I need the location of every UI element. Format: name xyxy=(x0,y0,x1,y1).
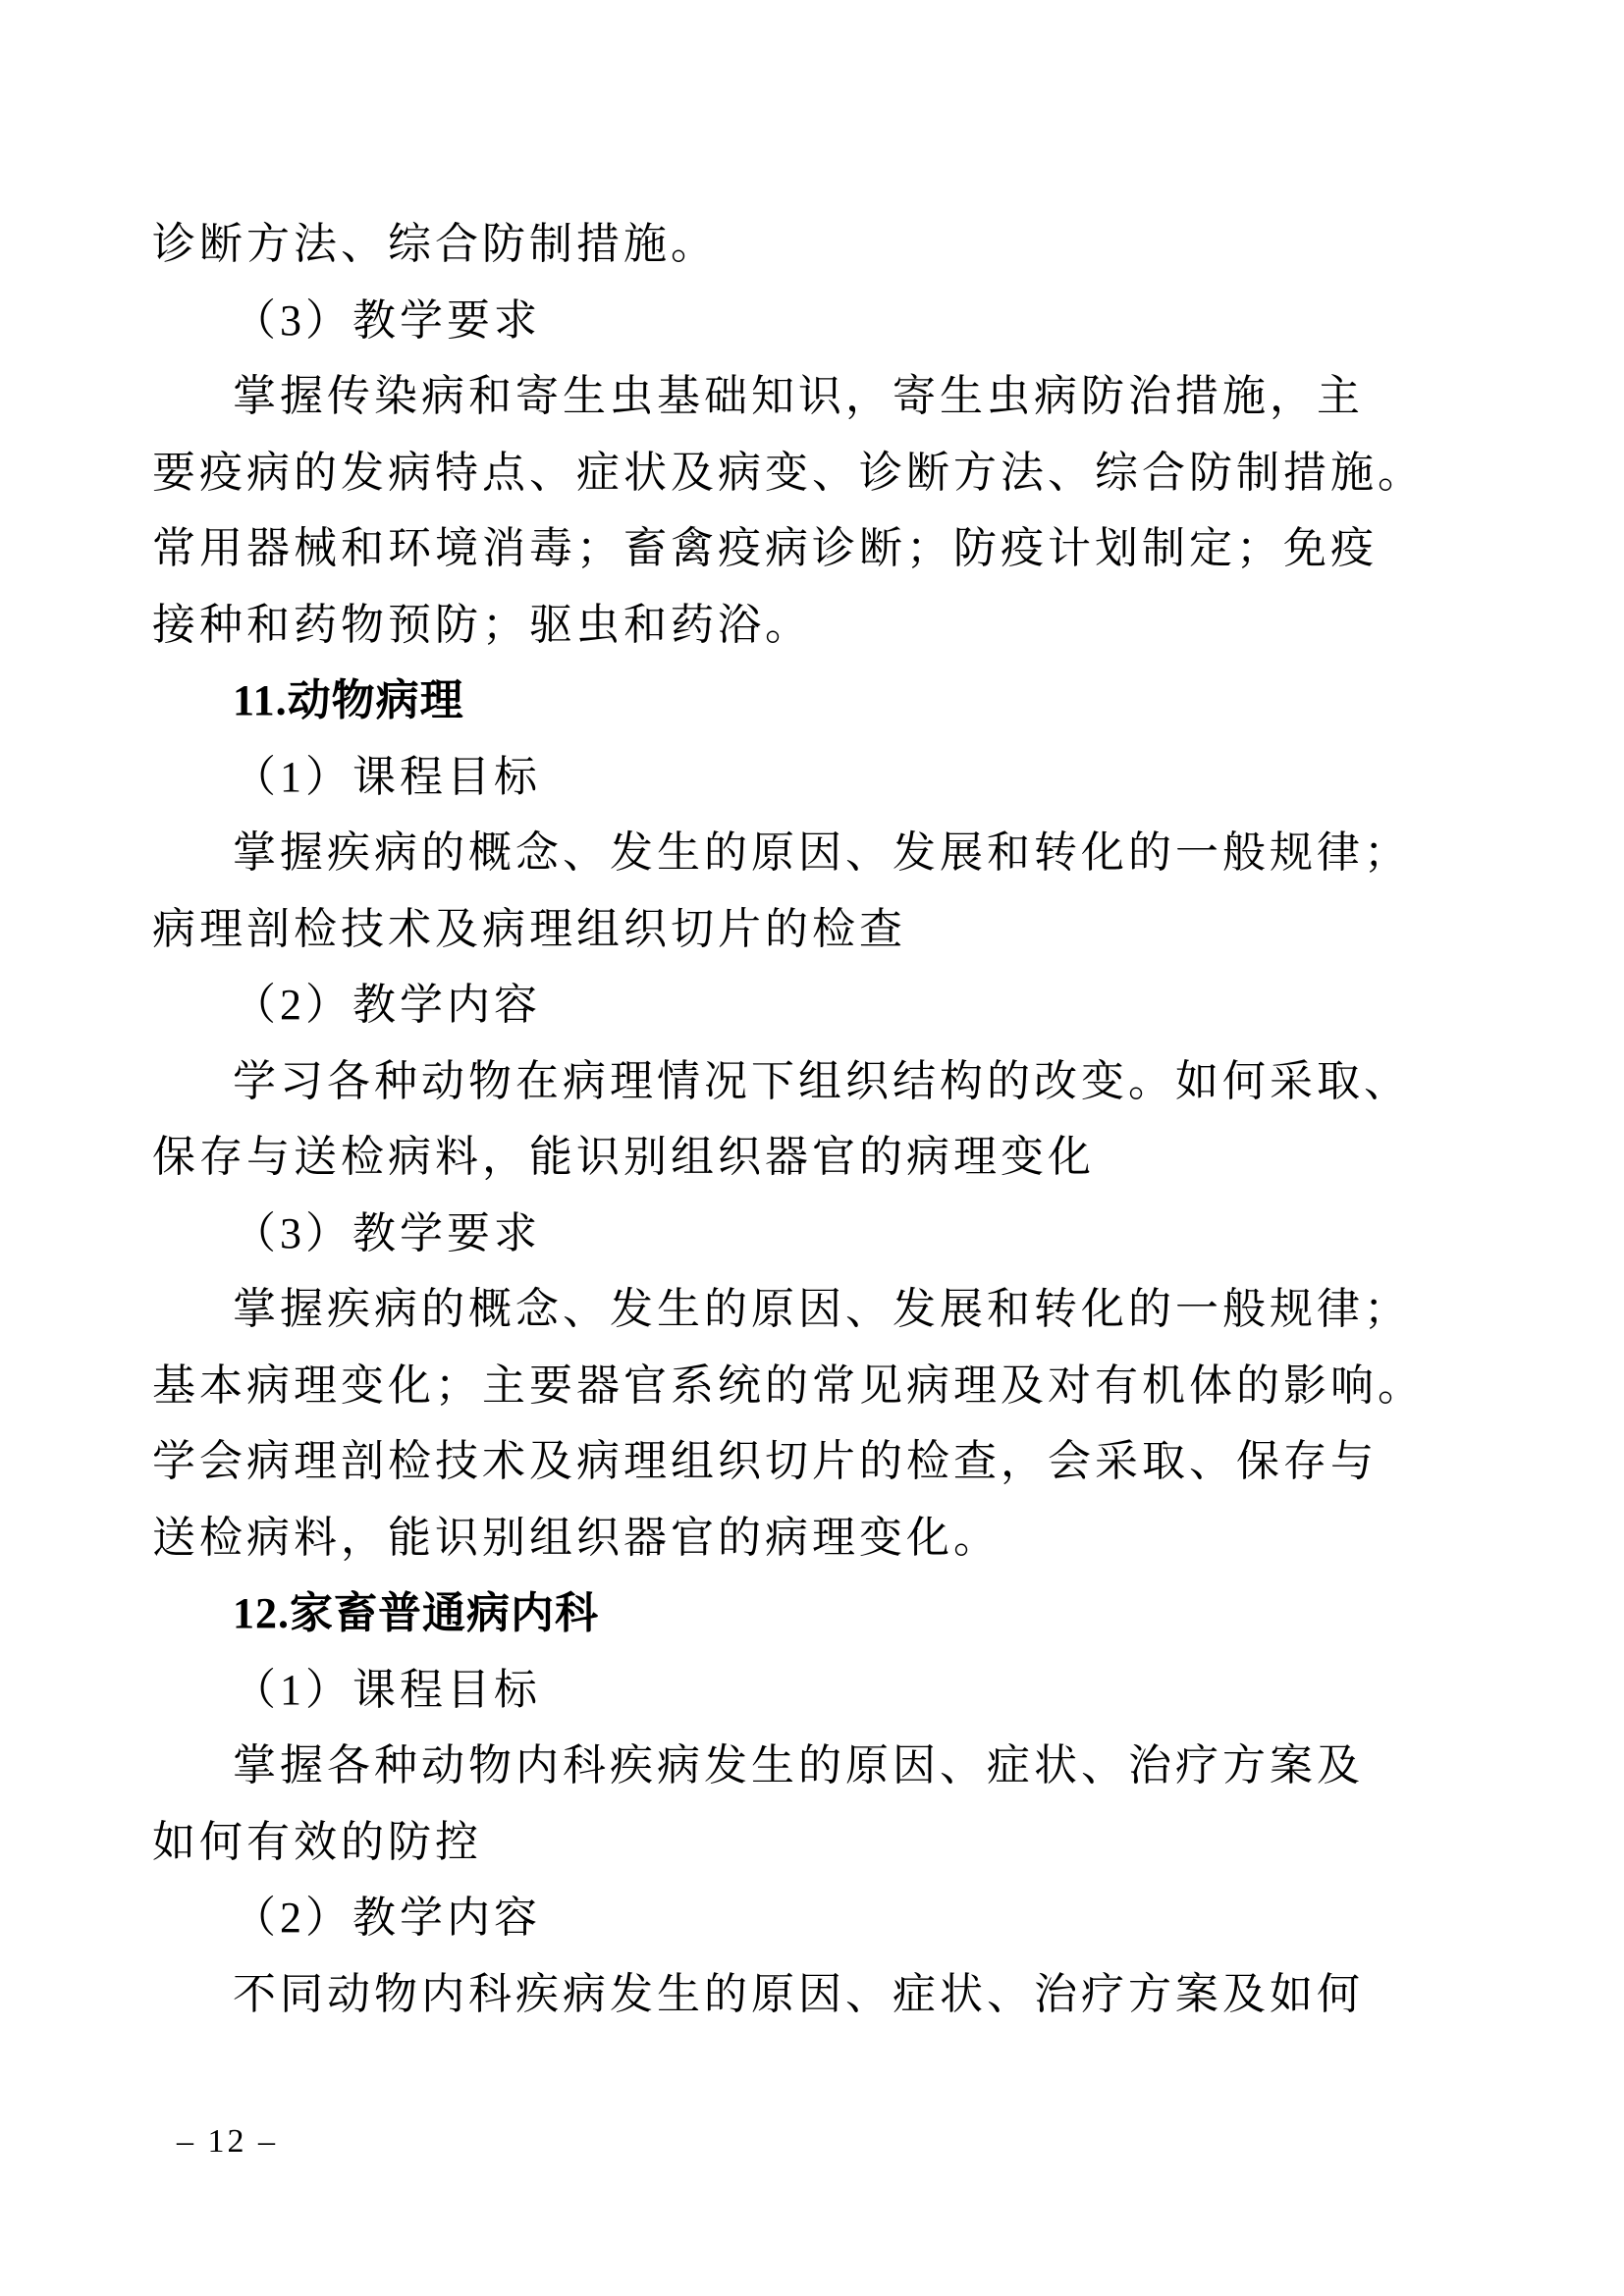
text-line: 掌握各种动物内科疾病发生的原因、症状、治疗方案及 xyxy=(152,1728,1488,1804)
text-line: （1）课程目标 xyxy=(152,1652,1488,1729)
text-line: 掌握疾病的概念、发生的原因、发展和转化的一般规律； xyxy=(152,815,1488,891)
text-line: 要疫病的发病特点、症状及病变、诊断方法、综合防制措施。 xyxy=(152,435,1488,511)
text-line: 不同动物内科疾病发生的原因、症状、治疗方案及如何 xyxy=(152,1956,1488,2033)
text-line: （2）教学内容 xyxy=(152,1880,1488,1956)
text-line: 掌握传染病和寄生虫基础知识，寄生虫病防治措施，主 xyxy=(152,358,1488,435)
text-line: （1）课程目标 xyxy=(152,739,1488,816)
text-line: 学习各种动物在病理情况下组织结构的改变。如何采取、 xyxy=(152,1043,1488,1120)
text-line: 常用器械和环境消毒；畜禽疫病诊断；防疫计划制定；免疫 xyxy=(152,510,1488,587)
section-heading: 11.动物病理 xyxy=(152,663,1488,739)
text-line: 学会病理剖检技术及病理组织切片的检查，会采取、保存与 xyxy=(152,1423,1488,1500)
text-line: （3）教学要求 xyxy=(152,283,1488,359)
text-line: 送检病料，能识别组织器官的病理变化。 xyxy=(152,1500,1488,1576)
text-line: （2）教学内容 xyxy=(152,967,1488,1043)
text-line: 诊断方法、综合防制措施。 xyxy=(152,206,1488,283)
text-block: 诊断方法、综合防制措施。 （3）教学要求 掌握传染病和寄生虫基础知识，寄生虫病防… xyxy=(152,206,1488,2032)
text-line: 掌握疾病的概念、发生的原因、发展和转化的一般规律； xyxy=(152,1271,1488,1348)
section-heading: 12.家畜普通病内科 xyxy=(152,1575,1488,1652)
text-line: 基本病理变化；主要器官系统的常见病理及对有机体的影响。 xyxy=(152,1348,1488,1424)
document-page: 诊断方法、综合防制措施。 （3）教学要求 掌握传染病和寄生虫基础知识，寄生虫病防… xyxy=(0,0,1624,2296)
text-line: 如何有效的防控 xyxy=(152,1804,1488,1881)
text-line: 接种和药物预防；驱虫和药浴。 xyxy=(152,587,1488,664)
text-line: （3）教学要求 xyxy=(152,1196,1488,1272)
page-number: – 12 – xyxy=(177,2122,278,2162)
text-line: 病理剖检技术及病理组织切片的检查 xyxy=(152,891,1488,968)
text-line: 保存与送检病料，能识别组织器官的病理变化 xyxy=(152,1119,1488,1196)
